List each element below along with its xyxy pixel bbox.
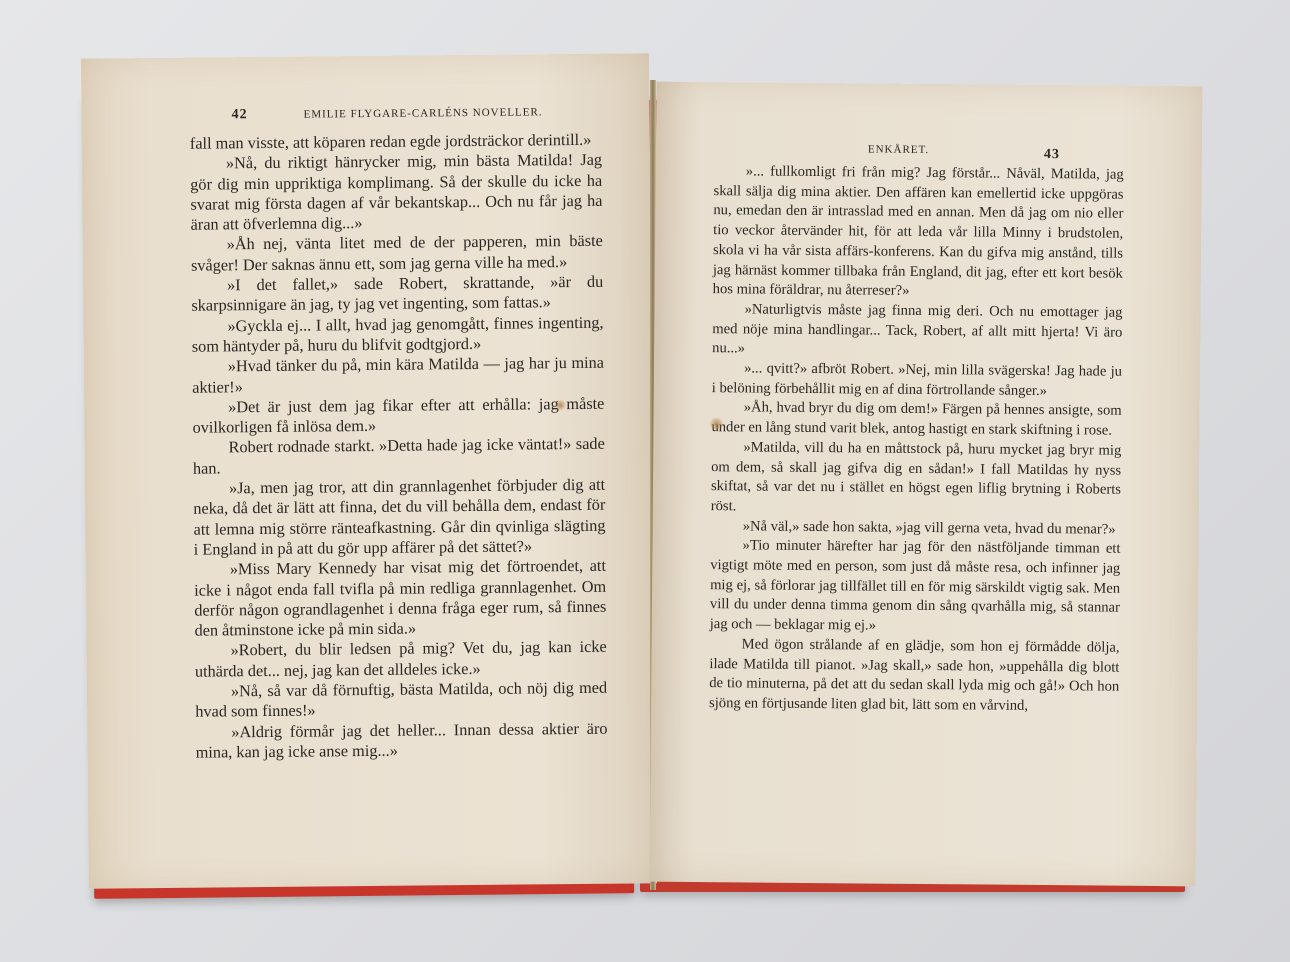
paragraph: »Det är just dem jag fikar efter att erh… <box>192 394 604 439</box>
paper-stain <box>708 417 724 431</box>
right-page-body: »... fullkomligt fri från mig? Jag först… <box>709 162 1124 717</box>
paragraph: »Naturligtvis måste jag finna mig deri. … <box>712 300 1123 363</box>
running-head-left: EMILIE FLYGARE-CARLÉNS NOVELLER. <box>304 106 543 120</box>
paragraph: »Nå, du riktigt hänrycker mig, min bästa… <box>190 150 603 235</box>
right-page: ENKÅRET. 43 »... fullkomligt fri från mi… <box>650 82 1203 887</box>
left-page-body: fall man visste, att köparen redan egde … <box>190 130 608 763</box>
paragraph: »Miss Mary Kennedy har visat mig det för… <box>194 556 607 641</box>
paragraph: Med ögon strålande af en glädje, som hon… <box>709 635 1120 717</box>
paragraph: »Åh, hvad bryr du dig om dem!» Färgen på… <box>711 399 1121 442</box>
paragraph: »Hvad tänker du på, min kära Matilda — j… <box>192 353 604 398</box>
paragraph: »Nå, så var då förnuftig, bästa Matilda,… <box>195 678 607 723</box>
left-page: 42 EMILIE FLYGARE-CARLÉNS NOVELLER. fall… <box>81 53 657 888</box>
paragraph: »Gyckla ej... I allt, hvad jag genomgått… <box>192 312 604 357</box>
photo-scene: 42 EMILIE FLYGARE-CARLÉNS NOVELLER. fall… <box>0 0 1290 962</box>
paragraph: Robert rodnade starkt. »Detta hade jag i… <box>193 434 605 479</box>
paragraph: »Tio minuter härefter har jag för den nä… <box>710 536 1121 638</box>
paragraph: »Aldrig förmår jag det heller... Innan d… <box>195 718 607 763</box>
paragraph: »... fullkomligt fri från mig? Jag först… <box>713 162 1124 303</box>
paper-stain <box>554 399 566 411</box>
paragraph: »Matilda, vill du ha en måttstock på, hu… <box>711 438 1122 520</box>
paragraph: »Robert, du blir ledsen på mig? Vet du, … <box>195 637 607 682</box>
paragraph: »I det fallet,» sade Robert, skrattande,… <box>191 272 603 317</box>
running-head-right: ENKÅRET. <box>868 143 929 156</box>
paragraph: »... qvitt?» afbröt Robert. »Nej, min li… <box>712 359 1122 402</box>
page-number-left: 42 <box>232 107 248 123</box>
paragraph: »Åh nej, vänta litet med de der papperen… <box>191 231 603 276</box>
page-number-right: 43 <box>1044 147 1060 163</box>
paragraph: »Ja, men jag tror, att din grannlagenhet… <box>193 475 606 560</box>
